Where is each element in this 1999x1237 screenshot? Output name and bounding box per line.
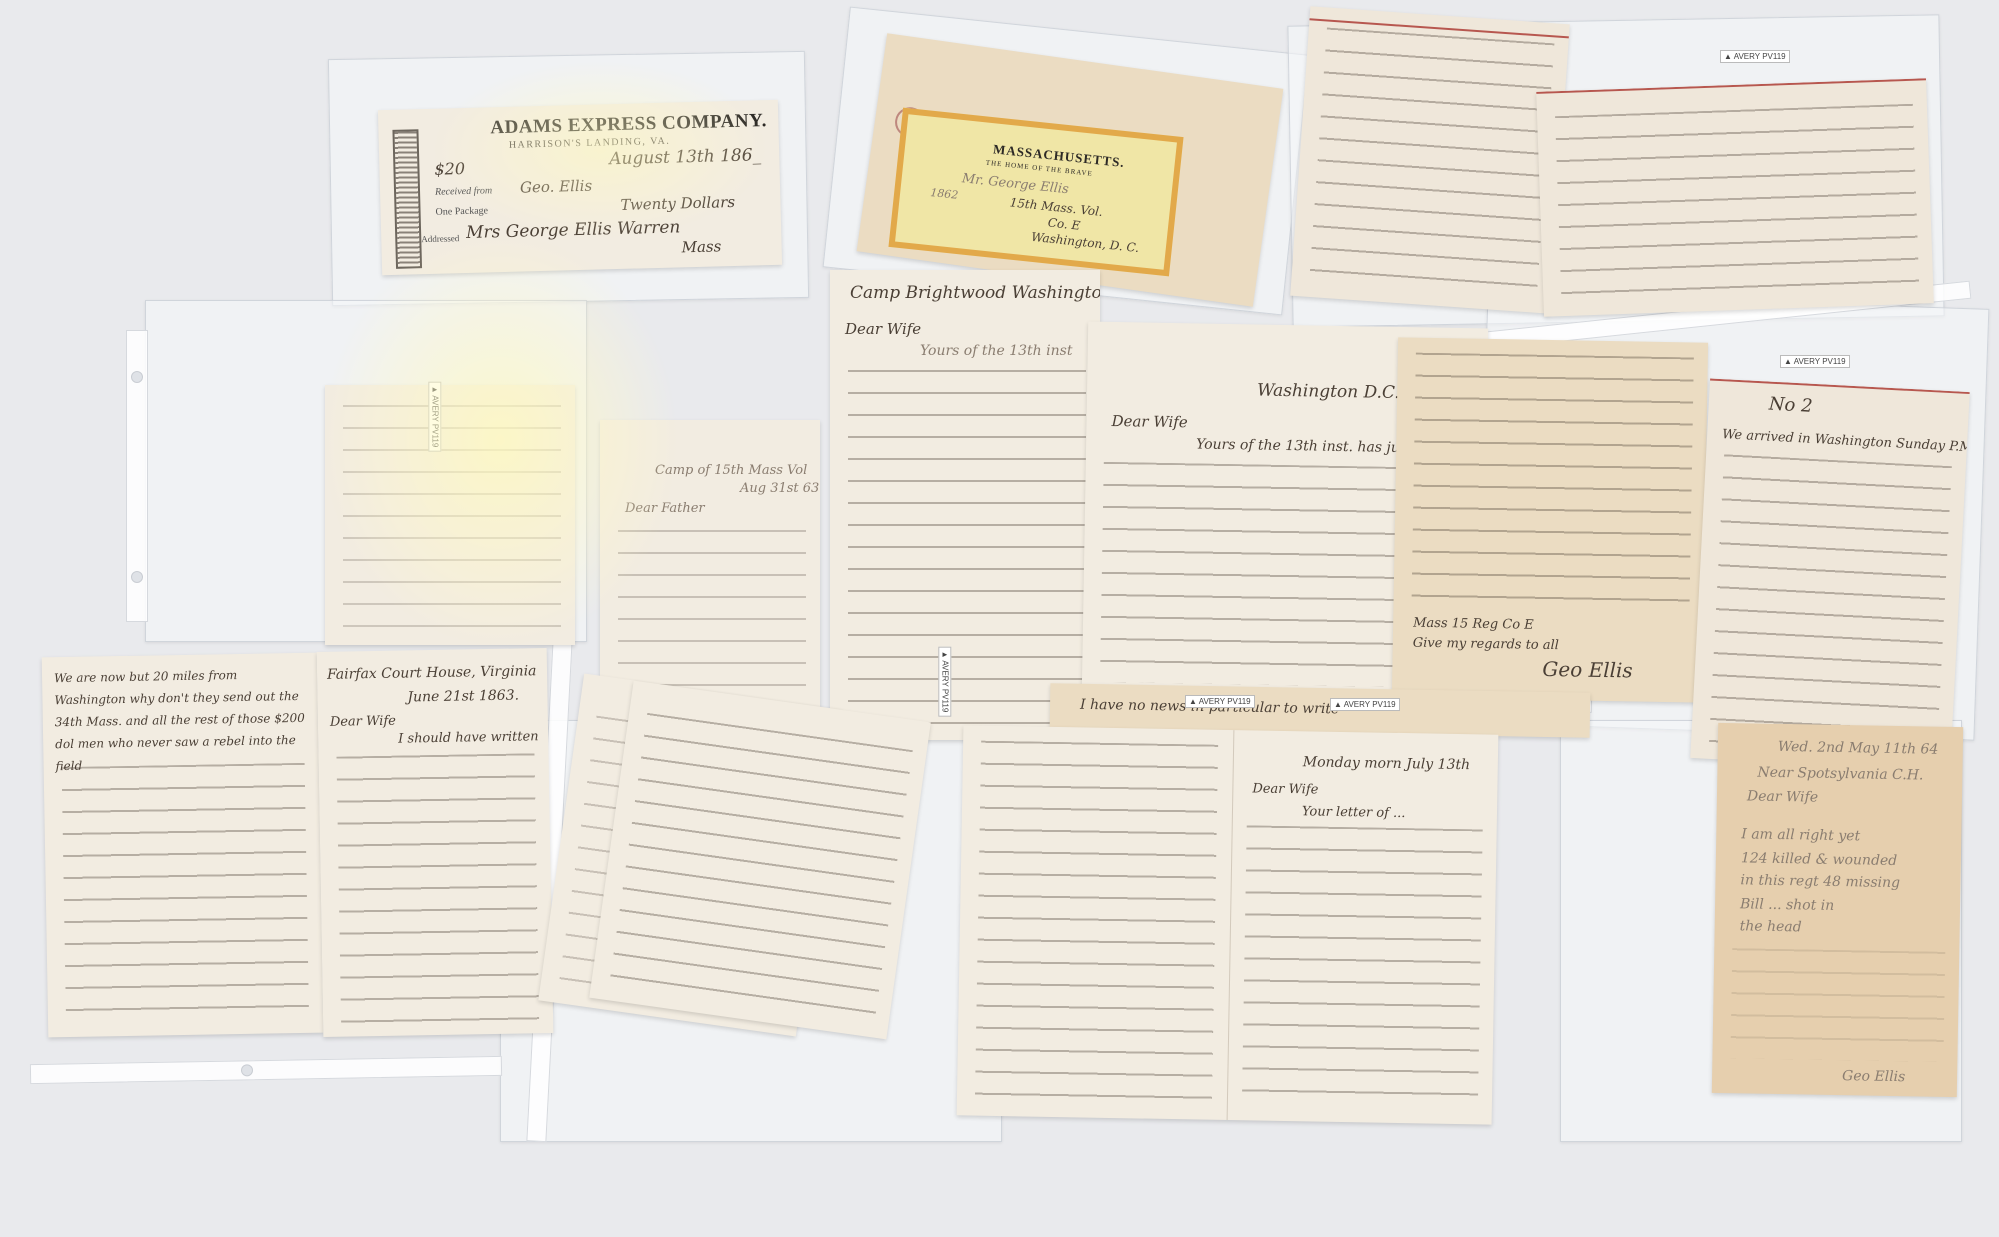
receipt-contents: Twenty Dollars (620, 191, 735, 216)
letter-camp-brightwood: Camp Brightwood Washington D.C. Dear Wif… (830, 270, 1100, 740)
avery-brand: AVERY (940, 660, 949, 686)
massachusetts-envelope: MASSACHUSETTS. THE HOME OF THE BRAVE Mr.… (888, 108, 1183, 277)
letter-heading: No 2 (1768, 394, 1813, 418)
letter-salutation: Dear Wife (1111, 410, 1188, 433)
avery-model: PV119 (1762, 52, 1785, 61)
envelope-pencil-note: 1862 (929, 182, 959, 207)
letter-heading: Wed. 2nd May 11th 64 (1778, 736, 1939, 761)
receipt-addressed-label: Addressed (421, 233, 459, 244)
letter-bottom-small-front (589, 681, 931, 1040)
receipt-addressed-line2: Mass (681, 235, 721, 258)
receipt-company: ADAMS EXPRESS COMPANY. (490, 110, 767, 139)
receipt-addressed-to: Mrs George Ellis Warren (466, 216, 681, 244)
avery-logo-icon: ▲ (1189, 697, 1197, 706)
avery-brand: AVERY (1794, 357, 1820, 366)
letter-body-line: 124 killed & wounded (1741, 847, 1898, 872)
letter-heading: Monday morn July 13th (1303, 751, 1471, 776)
avery-sleeve-label: ▲ AVERY PV119 (1185, 695, 1255, 708)
avery-sleeve-label: ▲ AVERY PV119 (428, 382, 441, 452)
letter-salutation: Dear Father (625, 498, 705, 520)
receipt-package-label: One Package (435, 205, 488, 217)
letter-opening: Yours of the 13th inst (920, 340, 1072, 362)
handwritten-text-lines (1242, 825, 1483, 1109)
avery-logo-icon: ▲ (430, 386, 439, 394)
receipt-border-ornament (392, 129, 422, 269)
letter-spotsylvania: Wed. 2nd May 11th 64 Near Spotsylvania C… (1712, 723, 1963, 1097)
letter-heading: Camp Brightwood Washington D.C. (850, 282, 1100, 304)
avery-brand: AVERY (430, 395, 439, 421)
avery-brand: AVERY (1199, 697, 1225, 706)
receipt-received-label: Received from (435, 185, 492, 197)
letter-opening: We arrived in Washington Sunday P.M. (1722, 424, 1970, 459)
avery-sleeve-label: ▲ AVERY PV119 (1720, 50, 1790, 63)
letter-opening: We are now but 20 miles from Washington … (54, 663, 311, 777)
punch-hole (131, 571, 143, 583)
receipt-date: August 13th 186_ (609, 144, 761, 170)
avery-model: PV119 (1227, 697, 1250, 706)
avery-model: PV119 (1372, 700, 1395, 709)
letter-monday-morn: Monday morn July 13th Dear Wife Your let… (957, 725, 1499, 1124)
handwritten-text-lines (608, 713, 912, 1028)
avery-brand: AVERY (1344, 700, 1370, 709)
letter-no-2: No 2 We arrived in Washington Sunday P.M… (1690, 378, 1970, 771)
letter-date: June 21st 1863. (407, 685, 519, 709)
handwritten-text-lines (343, 405, 561, 635)
avery-model: PV119 (940, 689, 949, 712)
letter-salutation: Dear Wife (845, 318, 921, 340)
avery-logo-icon: ▲ (1724, 52, 1732, 61)
avery-sleeve-label: ▲ AVERY PV119 (1330, 698, 1400, 711)
letter-signature: Geo Ellis (1842, 1065, 1906, 1088)
handwritten-text-lines (1730, 948, 1945, 1062)
handwritten-text-lines (848, 370, 1086, 730)
sleeve-binder-strip (30, 1056, 502, 1084)
page-fold (1227, 730, 1235, 1120)
handwritten-text-lines (1412, 353, 1694, 608)
receipt-received-from: Geo. Ellis (520, 175, 593, 199)
letter-top-right-back (1290, 6, 1570, 313)
letter-signed-geo-ellis: Mass 15 Reg Co E Give my regards to all … (1392, 337, 1708, 702)
letter-salutation: Dear Wife (1252, 778, 1318, 801)
letter-signature: Geo Ellis (1542, 658, 1633, 682)
punch-hole (241, 1064, 253, 1076)
letter-left-middle (325, 385, 575, 645)
punch-hole (131, 371, 143, 383)
letter-salutation: Dear Wife (1747, 785, 1818, 808)
avery-logo-icon: ▲ (1334, 700, 1342, 709)
letter-top-right-front (1536, 78, 1934, 316)
letter-body-line: Bill ... shot in (1740, 893, 1835, 917)
handwritten-text-lines (336, 753, 539, 1026)
letter-fairfax: Fairfax Court House, Virginia June 21st … (317, 648, 554, 1037)
handwritten-text-lines (1709, 454, 1952, 756)
handwritten-text-lines (1309, 27, 1555, 302)
letter-body-line: the head (1740, 915, 1802, 938)
avery-brand: AVERY (1734, 52, 1760, 61)
letter-heading: Fairfax Court House, Virginia (327, 660, 537, 686)
letter-opening: Yours of the 13th inst. has just (1196, 433, 1413, 459)
letter-body-line: in this regt 48 missing (1740, 869, 1900, 894)
letter-date: Aug 31st 63 (740, 478, 819, 500)
envelope-line4: Washington, D. C. (1030, 226, 1140, 259)
avery-model: PV119 (1822, 357, 1845, 366)
avery-logo-icon: ▲ (940, 651, 949, 659)
letter-opening: Your letter of ... (1302, 801, 1406, 825)
avery-logo-icon: ▲ (1784, 357, 1792, 366)
letter-closing-line: Give my regards to all (1413, 633, 1559, 658)
letter-place: Near Spotsylvania C.H. (1757, 762, 1923, 787)
avery-sleeve-label: ▲ AVERY PV119 (938, 647, 951, 717)
sleeve-binder-strip (126, 330, 148, 622)
handwritten-text-lines (975, 741, 1218, 1105)
letter-body-line: I am all right yet (1741, 823, 1860, 847)
letter-salutation: Dear Wife (330, 711, 396, 734)
adams-express-receipt: ADAMS EXPRESS COMPANY. HARRISON'S LANDIN… (378, 100, 782, 275)
handwritten-text-lines (62, 763, 310, 1027)
avery-model: PV119 (430, 424, 439, 447)
receipt-amount: $20 (434, 158, 465, 181)
handwritten-text-lines (1555, 104, 1919, 306)
letter-twenty-miles: We are now but 20 miles from Washington … (42, 653, 324, 1038)
letter-opening: I should have written (398, 726, 539, 750)
avery-sleeve-label: ▲ AVERY PV119 (1780, 355, 1850, 368)
